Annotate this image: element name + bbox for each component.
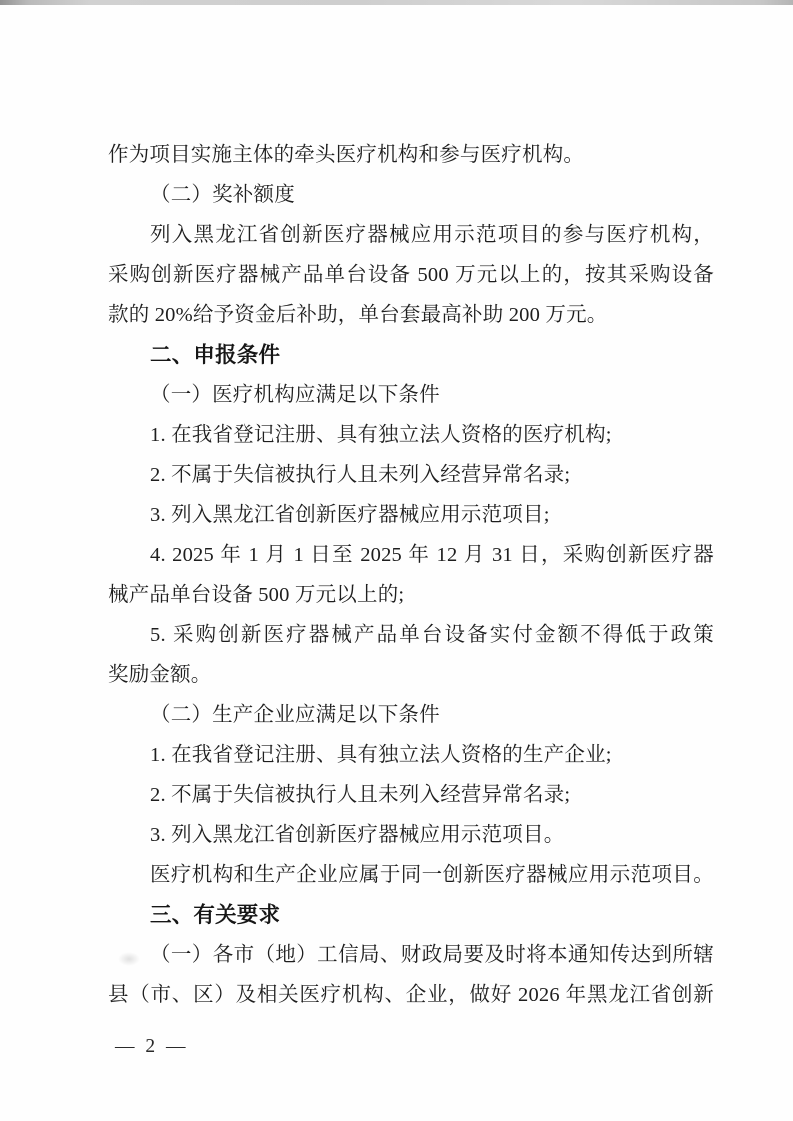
paragraph-line: 县（市、区）及相关医疗机构、企业，做好 2026 年黑龙江省创新 <box>108 975 714 1015</box>
scan-edge-artifact <box>0 0 793 5</box>
section-heading: 三、有关要求 <box>108 895 714 935</box>
list-item-line: 1. 在我省登记注册、具有独立法人资格的生产企业; <box>108 735 714 775</box>
paragraph-line: （一）各市（地）工信局、财政局要及时将本通知传达到所辖 <box>108 935 714 975</box>
subsection-heading: （二）奖补额度 <box>108 175 714 215</box>
list-item-line: 5. 采购创新医疗器械产品单台设备实付金额不得低于政策 <box>108 615 714 655</box>
page-number: — 2 — <box>115 1027 189 1067</box>
subsection-heading: （一）医疗机构应满足以下条件 <box>108 375 714 415</box>
paragraph-line: 作为项目实施主体的牵头医疗机构和参与医疗机构。 <box>108 135 714 175</box>
document-body: 作为项目实施主体的牵头医疗机构和参与医疗机构。 （二）奖补额度 列入黑龙江省创新… <box>108 135 714 1015</box>
document-page: 作为项目实施主体的牵头医疗机构和参与医疗机构。 （二）奖补额度 列入黑龙江省创新… <box>0 0 793 1121</box>
paragraph-line: 采购创新医疗器械产品单台设备 500 万元以上的，按其采购设备 <box>108 255 714 295</box>
list-item-line: 3. 列入黑龙江省创新医疗器械应用示范项目。 <box>108 815 714 855</box>
subsection-heading: （二）生产企业应满足以下条件 <box>108 695 714 735</box>
list-item-line: 2. 不属于失信被执行人且未列入经营异常名录; <box>108 775 714 815</box>
list-item-line: 4. 2025 年 1 月 1 日至 2025 年 12 月 31 日，采购创新… <box>108 535 714 575</box>
paragraph-line: 款的 20%给予资金后补助，单台套最高补助 200 万元。 <box>108 295 714 335</box>
paragraph-line: 医疗机构和生产企业应属于同一创新医疗器械应用示范项目。 <box>108 855 714 895</box>
list-item-line: 2. 不属于失信被执行人且未列入经营异常名录; <box>108 455 714 495</box>
list-item-line: 1. 在我省登记注册、具有独立法人资格的医疗机构; <box>108 415 714 455</box>
paragraph-line: 列入黑龙江省创新医疗器械应用示范项目的参与医疗机构， <box>108 215 714 255</box>
list-item-line: 械产品单台设备 500 万元以上的; <box>108 575 714 615</box>
section-heading: 二、申报条件 <box>108 335 714 375</box>
list-item-line: 奖励金额。 <box>108 655 714 695</box>
list-item-line: 3. 列入黑龙江省创新医疗器械应用示范项目; <box>108 495 714 535</box>
